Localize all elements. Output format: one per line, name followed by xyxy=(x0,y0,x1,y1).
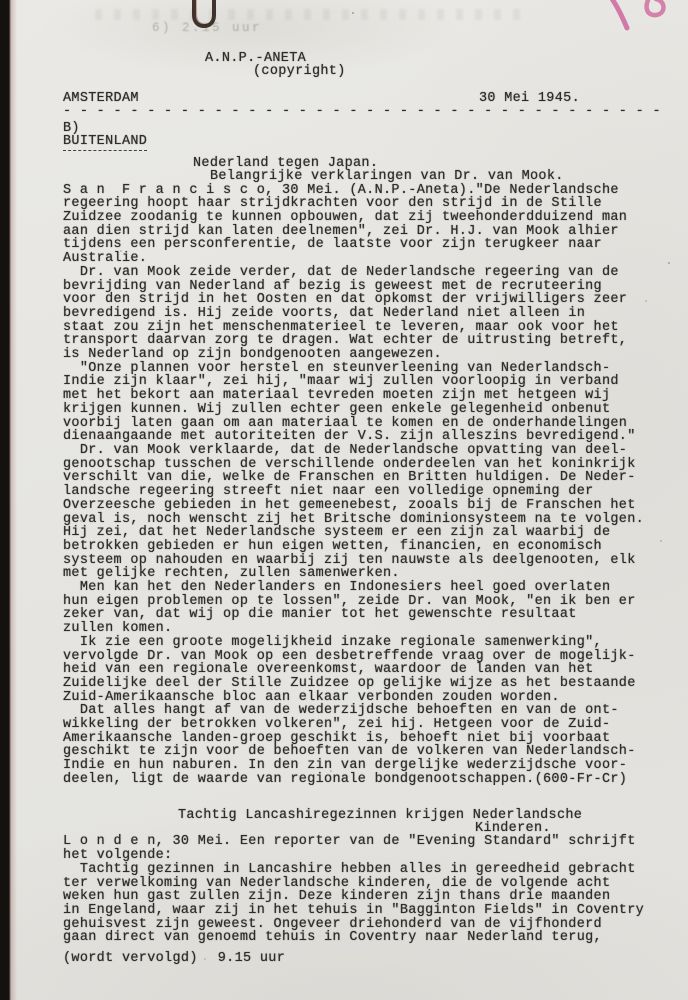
article-lancashire-title-line1: Tachtig Lancashiregezinnen krijgen Neder… xyxy=(178,809,676,822)
continuation-row: (wordt vervolgd) 9.15 uur xyxy=(63,952,676,965)
continuation-note: (wordt vervolgd) xyxy=(63,952,198,965)
staple-mark xyxy=(186,0,222,30)
article-japan-body: S a n F r a n c i s c o, 30 Mei. (A.N.P.… xyxy=(63,184,676,787)
handwritten-pink-mark xyxy=(594,0,686,38)
scanned-telegram-page: 6) 2.15 uur A.N.P.-ANETA (copyright) AMS… xyxy=(0,0,688,1000)
section-code: B) xyxy=(63,122,676,135)
time-mark: 9.15 uur xyxy=(218,952,285,965)
copyright-line: (copyright) xyxy=(253,65,676,78)
section-title-row: BUITENLAND xyxy=(63,135,676,148)
dateline-date: 30 Mei 1945. xyxy=(479,92,580,105)
article-lancashire-body: L o n d e n, 30 Mei. Een reporter van de… xyxy=(63,835,676,945)
article-japan-subtitle: Belangrijke verklaringen van Dr. van Moo… xyxy=(210,170,676,183)
separator-dashes: - - - - - - - - - - - - - - - - - - - - … xyxy=(63,105,676,118)
dateline-city: AMSTERDAM xyxy=(63,92,139,105)
section-title: BUITENLAND xyxy=(63,134,147,151)
scan-edge-shadow xyxy=(0,0,18,1000)
typed-content: A.N.P.-ANETA (copyright) AMSTERDAM 30 Me… xyxy=(63,52,676,966)
dateline-row: AMSTERDAM 30 Mei 1945. xyxy=(63,92,580,105)
paper-specks xyxy=(0,0,2,2)
bleedthrough-smudge xyxy=(95,9,525,20)
